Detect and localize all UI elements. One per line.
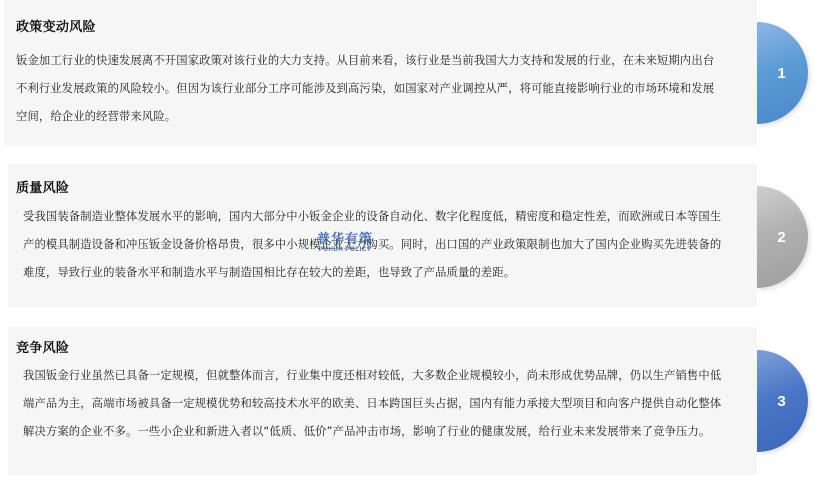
section-title: 政策变动风险 [16,16,96,35]
badge-number: 3 [777,393,785,410]
body-line: 我国钣金行业虽然已具备一定规模，但就整体而言，行业集中度还相对较低，大多数企业规… [23,362,757,390]
body-line: 空间，给企业的经营带来风险。 [16,103,756,131]
body-line: 不利行业发展政策的风险较小。但因为该行业部分工序可能涉及到高污染，如国家对产业调… [16,75,756,103]
number-badge-1: 1 [757,22,808,124]
risk-analysis-page: 政策变动风险 钣金加工行业的快速发展离不开国家政策对该行业的大力支持。从目前来看… [0,0,815,482]
section-title: 竞争风险 [16,337,69,356]
section-body: 我国钣金行业虽然已具备一定规模，但就整体而言，行业集中度还相对较低，大多数企业规… [23,362,757,446]
body-line: 受我国装备制造业整体发展水平的影响，国内大部分中小钣金企业的设备自动化、数字化程… [23,203,757,231]
body-line: 产的模具制造设备和冲压钣金设备价格昂贵，很多中小规模企业无力购买。同时，出口国的… [23,231,757,259]
number-badge-3: 3 [757,350,808,452]
badge-number: 1 [777,65,785,82]
body-line: 钣金加工行业的快速发展离不开国家政策对该行业的大力支持。从目前来看，该行业是当前… [16,47,756,75]
body-line: 解决方案的企业不多。一些小企业和新进入者以“低质、低价”产品冲击市场，影响了行业… [23,418,757,446]
section-body: 受我国装备制造业整体发展水平的影响，国内大部分中小钣金企业的设备自动化、数字化程… [23,203,757,287]
risk-card-policy: 政策变动风险 钣金加工行业的快速发展离不开国家政策对该行业的大力支持。从目前来看… [4,0,757,146]
section-title: 质量风险 [16,177,69,196]
badge-number: 2 [777,229,785,246]
number-badge-2: 2 [757,186,808,288]
risk-card-quality: 质量风险 受我国装备制造业整体发展水平的影响，国内大部分中小钣金企业的设备自动化… [8,164,757,307]
body-line: 难度，导致行业的装备水平和制造水平与制造国相比存在较大的差距，也导致了产品质量的… [23,259,757,287]
risk-card-competition: 竞争风险 我国钣金行业虽然已具备一定规模，但就整体而言，行业集中度还相对较低，大… [8,327,757,475]
body-line: 端产品为主，高端市场被具备一定规模优势和较高技术水平的欧美、日本跨国巨头占据，国… [23,390,757,418]
section-body: 钣金加工行业的快速发展离不开国家政策对该行业的大力支持。从目前来看，该行业是当前… [16,47,756,131]
